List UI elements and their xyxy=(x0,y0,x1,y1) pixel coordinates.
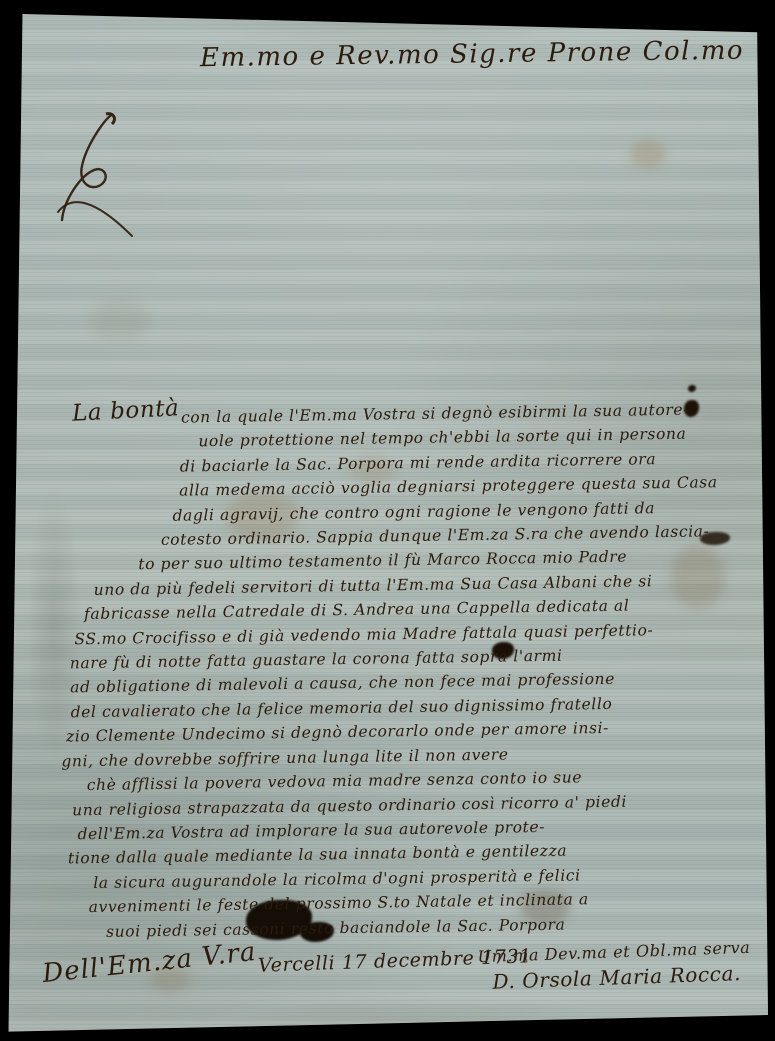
foxing-stain xyxy=(150,965,190,993)
foxing-stain xyxy=(90,300,150,340)
manuscript-line: SS.mo Crocifisso e di già vedendo mia Ma… xyxy=(59,616,764,651)
manuscript-line: alla medema acciò voglia degniarsi prote… xyxy=(57,470,762,505)
place-and-date: Vercelli 17 decembre 1731 xyxy=(258,945,532,977)
letter-body: con la quale l'Em.ma Vostra si degnò esi… xyxy=(56,396,769,944)
foxing-stain xyxy=(520,890,570,924)
ink-blot xyxy=(688,385,696,392)
foxing-stain xyxy=(670,545,725,610)
manuscript-line: del cavalierato che la felice memoria de… xyxy=(60,689,765,724)
manuscript-line: di baciarle la Sac. Porpora mi rende ard… xyxy=(57,445,762,480)
ink-blot xyxy=(308,0,324,10)
manuscript-line: dell'Em.za Vostra ad implorare la sua au… xyxy=(62,811,767,846)
closing-formula: Dell'Em.za V.ra xyxy=(41,937,258,989)
paraph-flourish-icon xyxy=(48,108,153,243)
foxing-stain xyxy=(630,140,666,168)
opening-words: La bontà xyxy=(71,395,180,427)
manuscript-line: ad obligatione di malevoli a causa, che … xyxy=(60,665,765,700)
signature: D. Orsola Maria Rocca. xyxy=(492,960,775,994)
manuscript-line: to per suo ultimo testamento il fù Marco… xyxy=(58,543,763,578)
manuscript-line: chè afflissi la povera vedova mia madre … xyxy=(62,763,767,798)
ink-blot xyxy=(492,642,514,659)
letter-paper-sheet: 6-15-338 Em.mo e Rev.mo Sig.re Prone Col… xyxy=(0,0,775,1041)
catalog-number: 6-15-338 xyxy=(642,8,747,32)
manuscript-line: fabricasse nella Catredale di S. Andrea … xyxy=(59,592,764,627)
manuscript-line: con la quale l'Em.ma Vostra si degnò esi… xyxy=(56,396,761,431)
manuscript-line: avvenimenti le feste del prossimo S.to N… xyxy=(63,885,768,920)
manuscript-line: uno da più fedeli servitori di tutta l'E… xyxy=(59,567,764,602)
manuscript-line: uole protettione nel tempo ch'ebbi la so… xyxy=(56,421,761,456)
manuscript-line: una religiosa strapazzata da questo ordi… xyxy=(62,787,767,822)
ink-blot xyxy=(246,900,312,940)
manuscript-line: la sicura augurandole la ricolma d'ogni … xyxy=(63,860,768,895)
manuscript-line: dagli agravij, che contro ogni ragione l… xyxy=(57,494,762,529)
manuscript-line: suoi piedi sei cassoni resto baciandole … xyxy=(64,909,769,944)
manuscript-line: nare fù di notte fatta guastare la coron… xyxy=(60,641,765,676)
ink-blot xyxy=(700,532,730,545)
ink-blot xyxy=(300,922,334,942)
manuscript-line: gni, che dovrebbe soffrire una lunga lit… xyxy=(61,738,766,773)
foxing-stain xyxy=(225,492,300,540)
signature-block: Um.ma Dev.ma et Obl.ma serva D. Orsola M… xyxy=(477,937,775,994)
salutation-line: Em.mo e Rev.mo Sig.re Prone Col.mo xyxy=(200,37,660,73)
courtesy-formula: Um.ma Dev.ma et Obl.ma serva xyxy=(477,937,775,966)
ink-blot xyxy=(684,400,699,417)
photographed-manuscript: 6-15-338 Em.mo e Rev.mo Sig.re Prone Col… xyxy=(0,0,775,1041)
foxing-stain xyxy=(350,455,395,485)
manuscript-line: cotesto ordinario. Sappia dunque l'Em.za… xyxy=(58,519,763,554)
manuscript-line: tione dalla quale mediante la sua innata… xyxy=(63,836,768,871)
manuscript-line: zio Clemente Undecimo si degnò decorarlo… xyxy=(61,714,766,749)
